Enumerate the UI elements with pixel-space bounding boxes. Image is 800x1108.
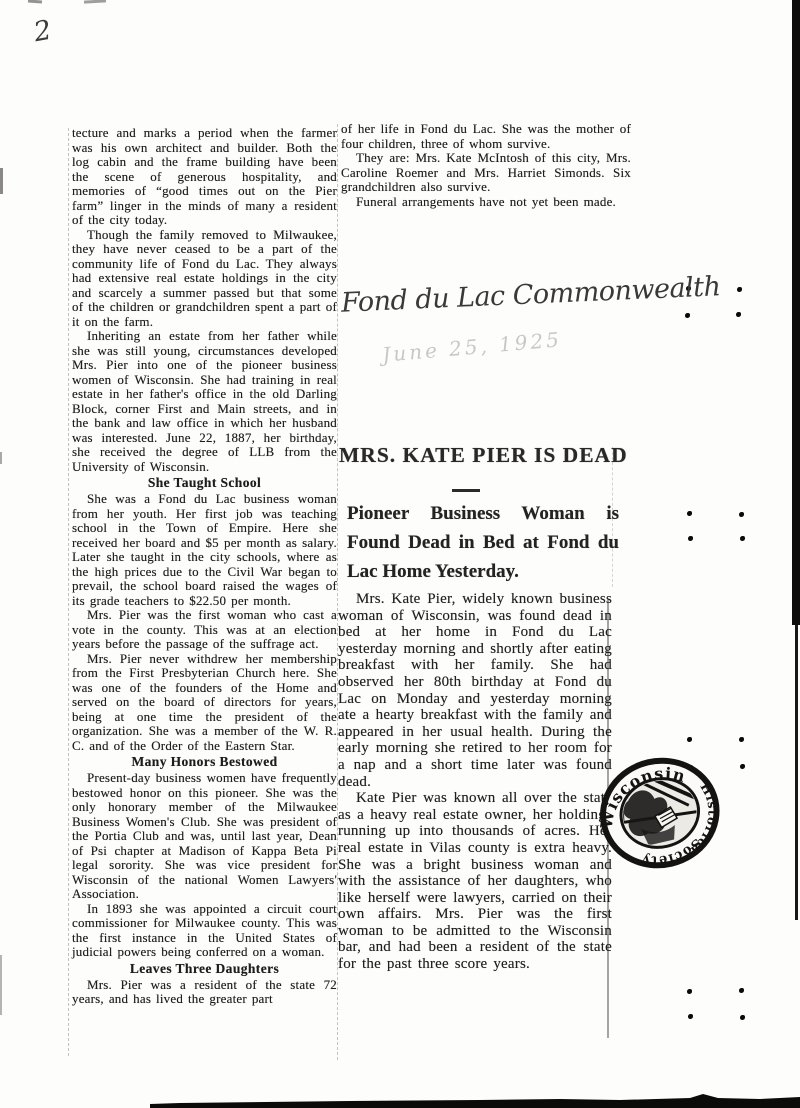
paragraph: In 1893 she was appointed a circuit cour… [72,902,337,960]
paragraph: Mrs. Pier was the first woman who cast a… [72,608,337,652]
paragraph: tecture and marks a period when the farm… [72,126,337,228]
paragraph: Funeral arrangements have not yet been m… [341,195,631,210]
scan-edge-bottom [0,1088,800,1108]
scan-speck [84,0,106,4]
paragraph: Present-day business women have frequent… [72,771,337,902]
handwritten-date: June 25, 1925 [381,327,562,367]
punch-hole [739,737,744,742]
article1-right-column: of her life in Fond du Lac. She was the … [341,122,631,209]
punch-hole [688,536,693,541]
headline-divider-dash [452,489,480,492]
article2-headline: MRS. KATE PIER IS DEAD [339,443,629,468]
article2-deck: Pioneer Business Woman is Found Dead in … [347,499,619,586]
punch-hole [739,988,744,993]
scan-edge-right-thin [795,625,798,920]
clipping-left-rule [68,128,69,1056]
scan-speck [0,452,2,464]
punch-hole [740,764,745,769]
punch-hole [740,536,745,541]
article1-left-column: tecture and marks a period when the farm… [72,126,337,1007]
paragraph: Mrs. Pier was a resident of the state 72… [72,978,337,1007]
paragraph: Mrs. Pier never withdrew her membership … [72,652,337,754]
paragraph: Though the family removed to Milwaukee, … [72,228,337,330]
scanned-newspaper-page: { "page": { "handwritten_page_number": "… [0,0,800,1108]
scan-speck [0,168,3,194]
paragraph: Kate Pier was known all over the state a… [338,790,612,973]
handwritten-publication-name: Fond du Lac Commonwealth [340,274,651,318]
punch-hole [736,312,741,317]
historical-society-stamp-icon: Wisconsin Historical Society [586,742,734,887]
punch-hole [687,989,692,994]
section-subhead: Leaves Three Daughters [72,961,337,977]
punch-hole [739,512,744,517]
punch-hole [737,287,742,292]
handwritten-page-number: 2 [31,15,53,49]
section-subhead: She Taught School [72,475,337,491]
paragraph: Inheriting an estate from her father whi… [72,329,337,474]
section-subhead: Many Honors Bestowed [72,754,337,770]
paragraph: She was a Fond du Lac business woman fro… [72,492,337,608]
punch-hole [687,737,692,742]
punch-hole [688,1014,693,1019]
article2-body: Mrs. Kate Pier, widely known business wo… [338,591,612,973]
paragraph: They are: Mrs. Kate McIntosh of this cit… [341,151,631,195]
scan-edge-right [792,0,800,625]
punch-hole [685,313,690,318]
scan-speck [0,955,2,1015]
paragraph: Mrs. Kate Pier, widely known business wo… [338,591,612,790]
punch-hole [687,511,692,516]
punch-hole [740,1015,745,1020]
paragraph: of her life in Fond du Lac. She was the … [341,122,631,151]
scan-speck [28,0,42,3]
